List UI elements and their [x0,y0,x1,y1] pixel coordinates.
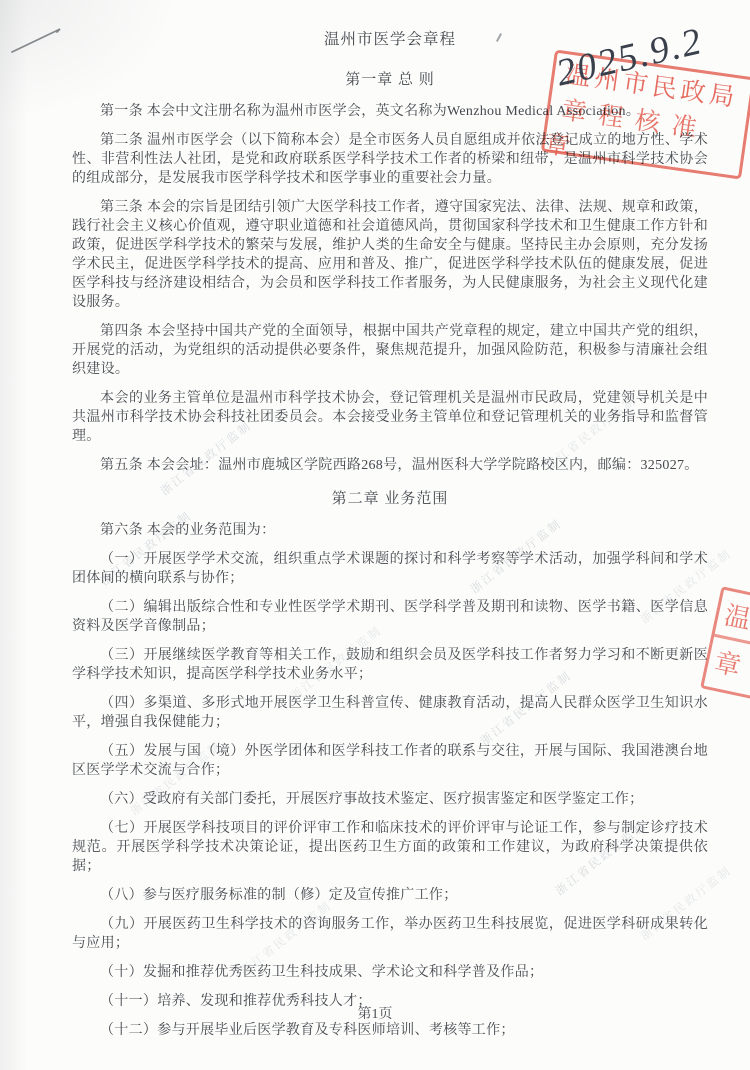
article-4: 第四条 本会坚持中国共产党的全面领导，根据中国共产党章程的规定，建立中国共产党的… [72,322,708,379]
pen-stroke-mark [8,22,68,58]
article-6-scope-intro: 第六条 本会的业务范围为： [72,521,708,540]
scope-item-7: （七）开展医学科技项目的评价评审工作和临床技术的评价评审与论证工作，参与制定诊疗… [72,819,708,876]
scope-item-3: （三）开展继续医学教育等相关工作，鼓励和组织会员及医学科技工作者努力学习和不断更… [72,646,708,684]
scope-item-9: （九）开展医药卫生科学技术的咨询服务工作，举办医药卫生科技展览，促进医学科研成果… [72,915,708,953]
document-body: 温州市医学会章程 第一章 总 则 第一条 本会中文注册名称为温州市医学会，英文名… [72,30,708,1050]
scanned-document-page: { "document": { "title": "温州市医学会章程", "ch… [0,0,750,1070]
scope-item-2: （二）编辑出版综合性和专业性医学学术期刊、医学科学普及期刊和读物、医学书籍、医学… [72,598,708,636]
scope-item-12: （十二）参与开展毕业后医学教育及专科医师培训、考核等工作； [72,1021,708,1040]
edge-stamp-char-bottom: 章 [705,637,750,698]
scope-item-6: （六）受政府有关部门委托，开展医疗事故技术鉴定、医疗损害鉴定和医学鉴定工作； [72,790,708,809]
scope-item-10: （十）发掘和推荐优秀医药卫生科技成果、学术论文和科学普及作品； [72,963,708,982]
scope-item-5: （五）发展与国（境）外医学团体和医学科技工作者的联系与交往，开展与国际、我国港澳… [72,742,708,780]
scope-item-8: （八）参与医疗服务标准的制（修）定及宣传推广工作； [72,886,708,905]
chapter-2-heading: 第二章 业务范围 [72,489,708,509]
article-4-supervisor-paragraph: 本会的业务主管单位是温州市科学技术协会，登记管理机关是温州市民政局，党建领导机关… [72,389,708,446]
scope-item-4: （四）多渠道、多形式地开展医学卫生科普宣传、健康教育活动，提高人民群众医学卫生知… [72,694,708,732]
article-3: 第三条 本会的宗旨是团结引领广大医学科技工作者，遵守国家宪法、法律、法规、规章和… [72,198,708,312]
article-5-address: 第五条 本会会址：温州市鹿城区学院西路268号，温州医科大学学院路校区内，邮编：… [72,456,708,475]
page-number: 第1页 [0,1003,750,1023]
scope-item-1: （一）开展医学学术交流，组织重点学术课题的探讨和科学考察等学术活动，加强学科间和… [72,550,708,588]
